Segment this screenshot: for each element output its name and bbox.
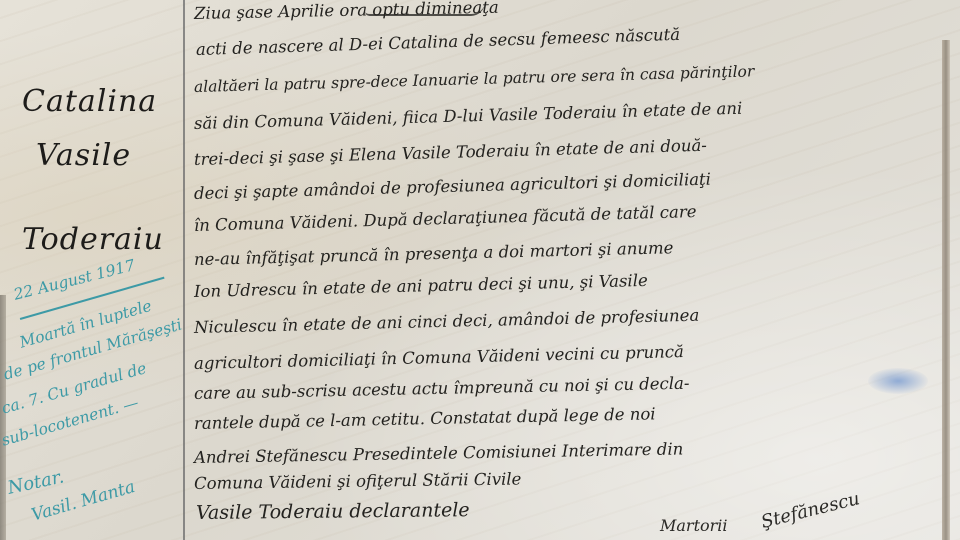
body-line-13: rantele după ce l-am cetitu. Constatat d… bbox=[194, 404, 656, 433]
annotation-date: 22 August 1917 bbox=[12, 256, 137, 304]
annotation-notary-label: Notar. bbox=[6, 466, 66, 498]
body-line-1: Ziua şase Aprilie ora optu dimineaţa bbox=[194, 0, 499, 23]
body-line-6: deci şi şapte amândoi de profesiunea agr… bbox=[194, 170, 711, 203]
margin-name-father: Vasile bbox=[36, 138, 131, 173]
margin-name-surname: Toderaiu bbox=[22, 222, 164, 257]
officer-signature: Ştefănescu bbox=[759, 488, 862, 533]
body-line-14: Andrei Stefănescu Presedintele Comisiune… bbox=[194, 439, 684, 467]
margin-name-given: Catalina bbox=[22, 84, 157, 119]
blue-ink-blot bbox=[868, 368, 928, 394]
left-page-edge bbox=[0, 295, 6, 540]
body-line-11: agricultori domiciliaţi în Comuna Văiden… bbox=[194, 342, 684, 373]
register-page: Catalina Vasile Toderaiu 22 August 1917 … bbox=[0, 0, 960, 540]
body-line-3: alaltăeri la patru spre-dece Ianuarie la… bbox=[194, 62, 755, 96]
page-binding-edge bbox=[942, 40, 950, 540]
body-line-9: Ion Udrescu în etate de ani patru deci ş… bbox=[194, 271, 648, 301]
body-line-16: Vasile Toderaiu declarantele bbox=[196, 499, 470, 524]
body-line-8: ne-au înfăţişat pruncă în presenţa a doi… bbox=[194, 238, 674, 269]
body-line-7: în Comuna Văideni. După declaraţiunea fă… bbox=[194, 202, 697, 235]
body-line-2: acti de nascere al D-ei Catalina de secs… bbox=[196, 25, 681, 59]
footer-martorii: Martorii bbox=[660, 516, 728, 535]
body-line-4: săi din Comuna Văideni, fiica D-lui Vasi… bbox=[194, 99, 743, 133]
margin-rule-line bbox=[183, 0, 185, 540]
body-line-15: Comuna Văideni şi ofiţerul Stării Civile bbox=[194, 469, 522, 493]
body-line-12: care au sub-scrisu acestu actu împreună … bbox=[194, 374, 690, 403]
body-line-5: trei-deci şi şase şi Elena Vasile Todera… bbox=[194, 136, 707, 169]
body-line-10: Niculescu în etate de ani cinci deci, am… bbox=[194, 306, 700, 337]
